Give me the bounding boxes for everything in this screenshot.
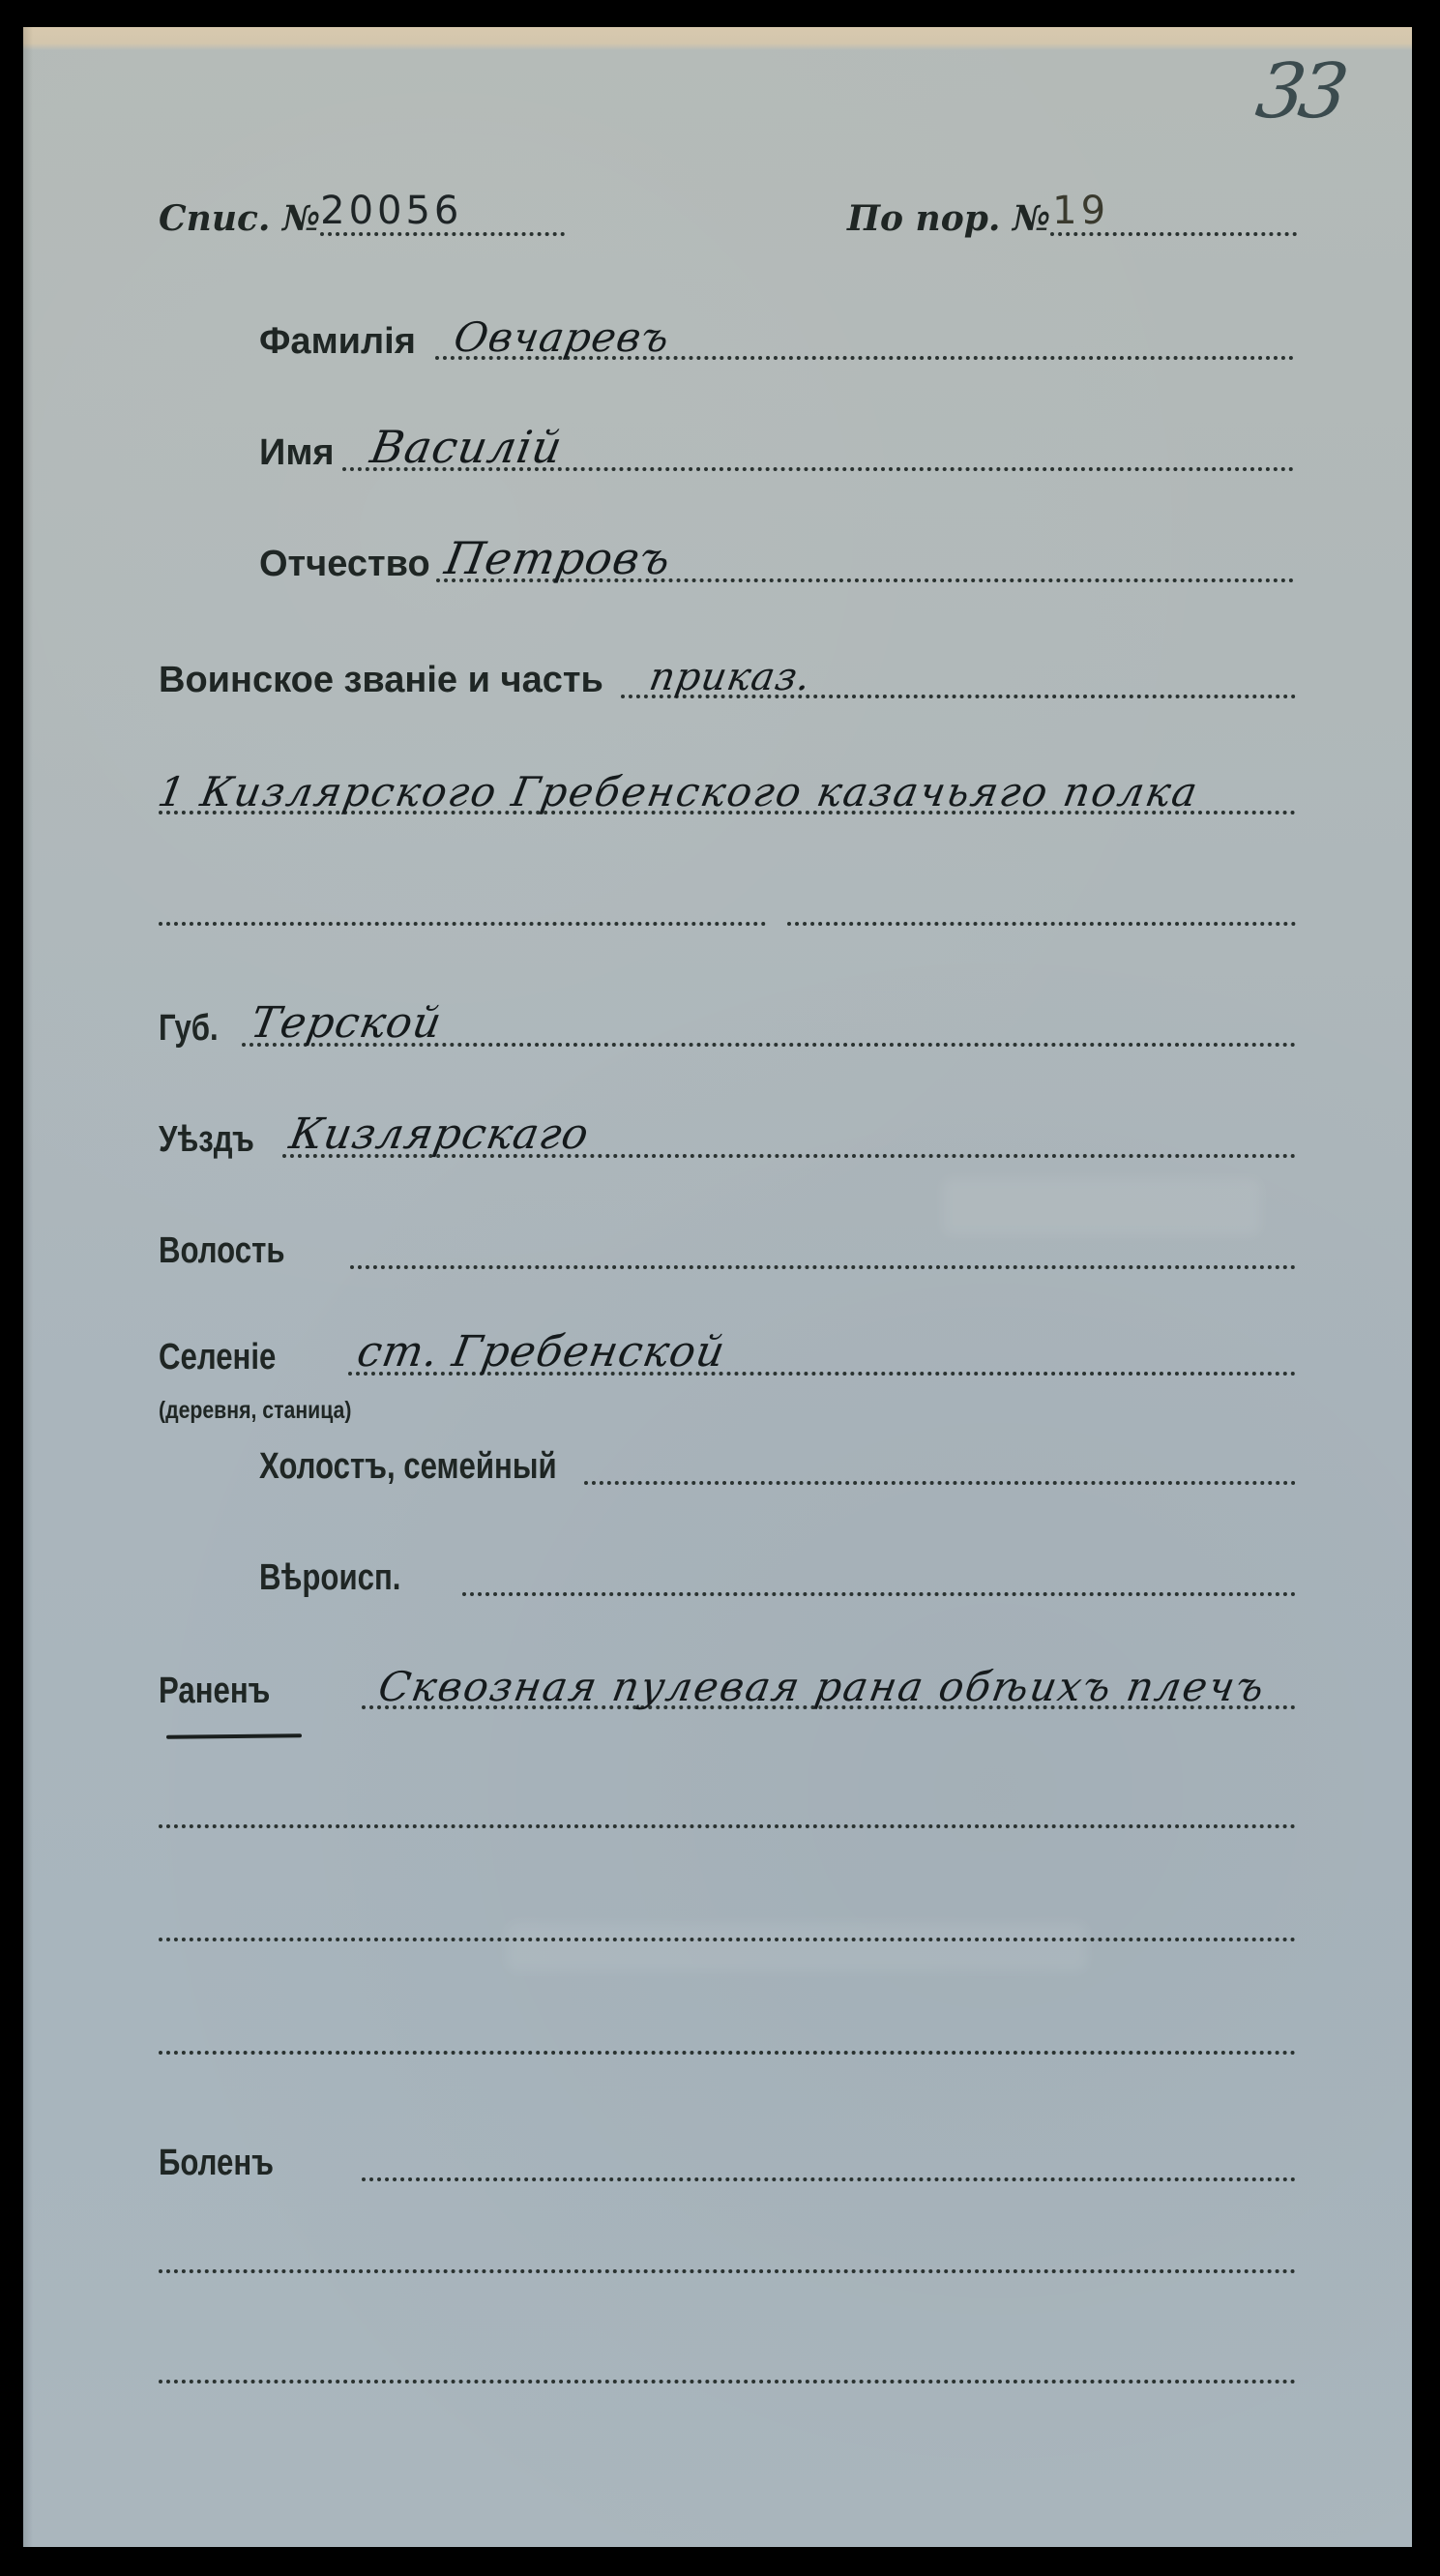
rank-unit-label: Воинское званіе и часть <box>159 662 603 698</box>
province-label: Губ. <box>159 1010 223 1047</box>
order-number-row: По пор. № 19 <box>847 193 1297 236</box>
sick-label: Боленъ <box>159 2145 285 2181</box>
wounded-label-underline <box>166 1733 302 1738</box>
order-number-value: 19 <box>1052 192 1109 230</box>
patronymic-value: Петровъ <box>442 536 675 580</box>
blank-line-left[interactable] <box>159 922 766 926</box>
surname-value: Овчаревъ <box>451 317 673 358</box>
wounded-extra-line-2[interactable] <box>159 1938 1296 1941</box>
wounded-field[interactable]: Сквозная пулевая рана обѣихъ плечъ <box>362 1667 1296 1709</box>
province-row: Губ. Терской <box>159 1004 1296 1047</box>
volost-field[interactable] <box>350 1227 1296 1269</box>
sick-extra-line-2[interactable] <box>159 2380 1296 2384</box>
surname-row: Фамилія Овчаревъ <box>259 317 1294 360</box>
province-field[interactable]: Терской <box>242 1004 1296 1047</box>
religion-field[interactable] <box>462 1554 1296 1596</box>
marital-status-label: Холостъ, семейный <box>259 1448 526 1485</box>
first-name-label: Имя <box>259 434 335 471</box>
wounded-extra-line-3[interactable] <box>159 2051 1296 2055</box>
rank-unit-continuation-row: 1 Кизлярского Гребенского казачьяго полк… <box>159 772 1296 814</box>
card-edge-shadow <box>23 27 33 2547</box>
surname-label: Фамилія <box>259 323 416 360</box>
sick-field[interactable] <box>362 2139 1296 2181</box>
wounded-label: Раненъ <box>159 1673 285 1709</box>
religion-row: Вѣроисп. <box>259 1554 1296 1596</box>
wounded-value: Сквозная пулевая рана обѣихъ плечъ <box>375 1667 1269 1707</box>
rank-unit-continuation-value: 1 Кизлярского Гребенского казачьяго полк… <box>155 772 1202 813</box>
rank-unit-row: Воинское званіе и часть приказ. <box>159 656 1296 698</box>
first-name-row: Имя Василій <box>259 429 1294 471</box>
blank-line-right[interactable] <box>787 922 1296 926</box>
patronymic-row: Отчество Петровъ <box>259 540 1294 582</box>
rank-unit-field[interactable]: приказ. <box>621 656 1296 698</box>
settlement-row: Селеніе ст. Гребенской <box>159 1333 1296 1376</box>
wounded-row: Раненъ Сквозная пулевая рана обѣихъ плеч… <box>159 1667 1296 1709</box>
page-number: 33 <box>1251 48 1348 135</box>
list-number-value: 20056 <box>320 192 462 230</box>
volost-label: Волость <box>159 1232 279 1269</box>
order-number-field[interactable]: 19 <box>1050 193 1297 236</box>
district-field[interactable]: Кизлярскаго <box>282 1115 1296 1158</box>
order-number-label: По пор. № <box>847 201 1050 236</box>
sick-extra-line-1[interactable] <box>159 2269 1296 2273</box>
settlement-field[interactable]: ст. Гребенской <box>348 1333 1296 1376</box>
province-value: Терской <box>248 1002 445 1045</box>
sick-row: Боленъ <box>159 2139 1296 2181</box>
volost-row: Волость <box>159 1227 1296 1269</box>
list-number-field[interactable]: 20056 <box>320 193 565 236</box>
district-value: Кизлярскаго <box>286 1113 592 1156</box>
religion-label: Вѣроисп. <box>259 1559 426 1596</box>
marital-status-row: Холостъ, семейный <box>259 1442 1296 1485</box>
card-top-edge <box>23 27 1412 50</box>
patronymic-field[interactable]: Петровъ <box>436 540 1294 582</box>
district-row: Уѣздъ Кизлярскаго <box>159 1115 1296 1158</box>
rank-unit-continuation-field[interactable]: 1 Кизлярского Гребенского казачьяго полк… <box>159 772 1296 814</box>
wounded-extra-line-1[interactable] <box>159 1824 1296 1828</box>
rank-unit-value: приказ. <box>646 658 813 696</box>
list-number-label: Спис. № <box>159 201 320 236</box>
settlement-value: ст. Гребенской <box>354 1331 728 1374</box>
surname-field[interactable]: Овчаревъ <box>435 317 1294 360</box>
marital-status-field[interactable] <box>584 1442 1296 1485</box>
patronymic-label: Отчество <box>259 546 430 582</box>
settlement-sublabel: (деревня, станица) <box>159 1397 351 1425</box>
list-number-row: Спис. № 20056 <box>159 193 565 236</box>
first-name-value: Василій <box>367 425 566 469</box>
district-label: Уѣздъ <box>159 1121 258 1158</box>
first-name-field[interactable]: Василій <box>342 429 1294 471</box>
settlement-label: Селеніе <box>159 1339 279 1376</box>
record-card: 33 Спис. № 20056 По пор. № 19 Фамилія Ов… <box>23 27 1412 2547</box>
bleed-through-mark <box>507 1923 1087 1971</box>
